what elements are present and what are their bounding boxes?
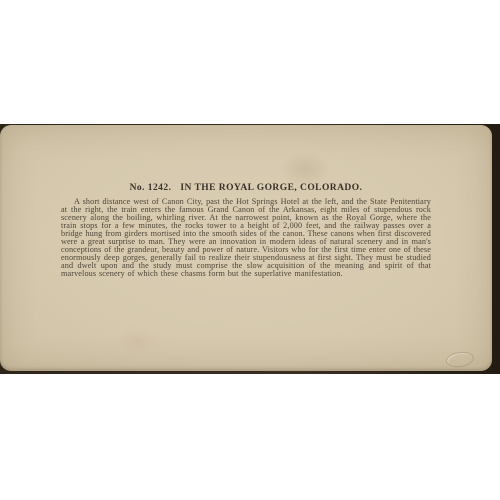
card-title: IN THE ROYAL GORGE, COLORADO. bbox=[180, 183, 362, 193]
card-number: No. 1242. bbox=[130, 183, 172, 193]
stereoview-card-photo: No. 1242.IN THE ROYAL GORGE, COLORADO. A… bbox=[0, 124, 500, 374]
page-background: No. 1242.IN THE ROYAL GORGE, COLORADO. A… bbox=[0, 0, 500, 500]
stereoview-card-back: No. 1242.IN THE ROYAL GORGE, COLORADO. A… bbox=[0, 125, 492, 371]
card-content: No. 1242.IN THE ROYAL GORGE, COLORADO. A… bbox=[0, 125, 492, 278]
card-description: A short distance west of Canon City, pas… bbox=[61, 198, 431, 278]
embossed-stamp-mark bbox=[445, 350, 475, 369]
card-title-line: No. 1242.IN THE ROYAL GORGE, COLORADO. bbox=[0, 183, 492, 193]
